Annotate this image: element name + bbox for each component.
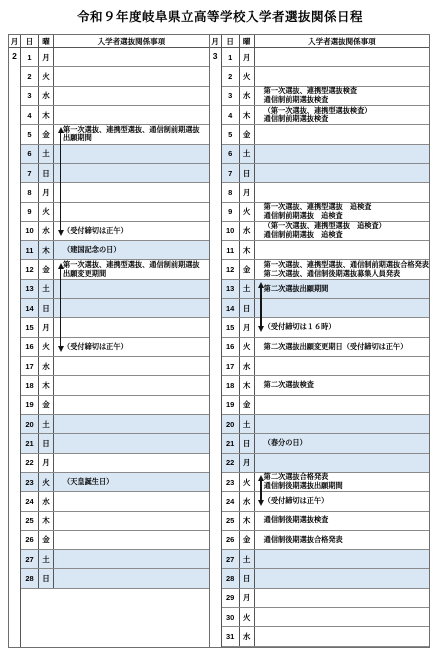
weekday-label: 日 bbox=[240, 569, 255, 587]
weekday-label: 木 bbox=[39, 106, 54, 124]
weekday-label: 月 bbox=[39, 454, 54, 472]
event-text: 出願変更期間 bbox=[63, 270, 209, 279]
event-text: 出願期間 bbox=[63, 134, 209, 143]
calendar-row: 24水 bbox=[21, 492, 209, 511]
day-number: 2 bbox=[222, 67, 240, 85]
calendar-row: 28日 bbox=[222, 569, 429, 588]
calendar-row: 18木第二次選抜検査 bbox=[222, 376, 429, 395]
event-cell bbox=[255, 415, 429, 433]
day-number: 21 bbox=[222, 434, 240, 452]
calendar-row: 12金第一次選抜、連携型選抜、通信制前期選抜出願変更期間 bbox=[21, 260, 209, 279]
day-number: 10 bbox=[21, 222, 39, 240]
day-number: 10 bbox=[222, 222, 240, 240]
weekday-label: 火 bbox=[39, 338, 54, 356]
calendar-row: 2火 bbox=[222, 67, 429, 86]
event-cell bbox=[54, 376, 209, 394]
day-number: 27 bbox=[222, 550, 240, 568]
day-number: 18 bbox=[21, 376, 39, 394]
weekday-label: 月 bbox=[39, 48, 54, 66]
february-calendar: 月 日 曜 入学者選抜関係事項 2 1月2火3水4木5金第一次選抜、連携型選抜、… bbox=[9, 35, 209, 647]
event-cell bbox=[54, 415, 209, 433]
calendar-row: 2火 bbox=[21, 67, 209, 86]
calendar-row: 13土 bbox=[21, 280, 209, 299]
day-number: 3 bbox=[222, 87, 240, 105]
weekday-label: 水 bbox=[240, 357, 255, 375]
weekday-label: 木 bbox=[240, 241, 255, 259]
header-day: 日 bbox=[222, 35, 240, 47]
header-month: 月 bbox=[210, 35, 222, 47]
day-number: 19 bbox=[21, 396, 39, 414]
event-text: （受付締切は１６時） bbox=[264, 323, 429, 332]
calendar-row: 12金第一次選抜、連携型選抜、通信制前期選抜合格発表第二次選抜、通信制後期選抜募… bbox=[222, 260, 429, 279]
event-text: （受付締切は正午） bbox=[264, 497, 429, 506]
event-text: （受付締切は正午） bbox=[63, 227, 209, 236]
event-cell bbox=[54, 550, 209, 568]
calendar-row: 15月 bbox=[21, 318, 209, 337]
event-cell: （天皇誕生日） bbox=[54, 473, 209, 491]
day-number: 4 bbox=[21, 106, 39, 124]
event-cell bbox=[255, 241, 429, 259]
calendar-body: 2 1月2火3水4木5金第一次選抜、連携型選抜、通信制前期選抜出願期間6土7日8… bbox=[9, 48, 209, 647]
calendar-row: 1月 bbox=[21, 48, 209, 67]
event-text: （天皇誕生日） bbox=[63, 478, 209, 487]
day-number: 2 bbox=[21, 67, 39, 85]
event-text: 通信制後期選抜出願期間 bbox=[264, 482, 429, 491]
day-number: 18 bbox=[222, 376, 240, 394]
event-text: 第二次選抜出願期間 bbox=[264, 285, 429, 294]
header-day: 日 bbox=[21, 35, 39, 47]
weekday-label: 土 bbox=[240, 550, 255, 568]
day-number: 15 bbox=[21, 318, 39, 336]
header-month: 月 bbox=[9, 35, 21, 47]
day-number: 9 bbox=[21, 203, 39, 221]
calendar-row: 6土 bbox=[222, 145, 429, 164]
event-cell: 第二次選抜出願期間 bbox=[255, 280, 429, 298]
day-number: 13 bbox=[222, 280, 240, 298]
calendar-row: 4木（第一次選抜、連携型選抜検査）通信制前期選抜検査 bbox=[222, 106, 429, 125]
weekday-label: 水 bbox=[240, 627, 255, 645]
weekday-label: 月 bbox=[39, 318, 54, 336]
weekday-label: 水 bbox=[39, 357, 54, 375]
month-number: 2 bbox=[9, 48, 21, 647]
weekday-label: 火 bbox=[240, 203, 255, 221]
event-text: 第二次選抜、通信制後期選抜募集人員発表 bbox=[264, 270, 429, 279]
event-cell bbox=[54, 106, 209, 124]
event-cell bbox=[255, 164, 429, 182]
calendar-row: 24水（受付締切は正午） bbox=[222, 492, 429, 511]
weekday-label: 日 bbox=[39, 434, 54, 452]
calendar-row: 18木 bbox=[21, 376, 209, 395]
weekday-label: 土 bbox=[240, 145, 255, 163]
day-number: 17 bbox=[21, 357, 39, 375]
day-number: 27 bbox=[21, 550, 39, 568]
event-cell bbox=[54, 183, 209, 201]
day-number: 14 bbox=[222, 299, 240, 317]
day-number: 15 bbox=[222, 318, 240, 336]
weekday-label: 水 bbox=[240, 222, 255, 240]
day-number: 12 bbox=[21, 260, 39, 278]
weekday-label: 日 bbox=[39, 299, 54, 317]
weekday-label: 月 bbox=[240, 318, 255, 336]
day-number: 24 bbox=[222, 492, 240, 510]
event-cell: （建国記念の日） bbox=[54, 241, 209, 259]
weekday-label: 日 bbox=[240, 434, 255, 452]
calendar-row: 27土 bbox=[21, 550, 209, 569]
calendar-row: 19金 bbox=[21, 396, 209, 415]
weekday-label: 土 bbox=[39, 280, 54, 298]
day-number: 9 bbox=[222, 203, 240, 221]
event-cell bbox=[54, 531, 209, 549]
weekday-label: 火 bbox=[39, 203, 54, 221]
event-cell bbox=[54, 569, 209, 587]
event-cell bbox=[54, 67, 209, 85]
day-number: 1 bbox=[222, 48, 240, 66]
day-number: 28 bbox=[222, 569, 240, 587]
day-number: 5 bbox=[21, 125, 39, 143]
calendar-row: 5金 bbox=[222, 125, 429, 144]
event-cell bbox=[54, 145, 209, 163]
day-number: 22 bbox=[222, 454, 240, 472]
weekday-label: 土 bbox=[39, 550, 54, 568]
day-number: 21 bbox=[21, 434, 39, 452]
event-cell bbox=[255, 550, 429, 568]
event-cell bbox=[255, 454, 429, 472]
event-cell bbox=[54, 434, 209, 452]
calendar-row: 23火第二次選抜合格発表通信制後期選抜出願期間 bbox=[222, 473, 429, 492]
calendar-row: 7日 bbox=[21, 164, 209, 183]
event-text: 通信制後期選抜検査 bbox=[264, 516, 429, 525]
calendar-row: 13土第二次選抜出願期間 bbox=[222, 280, 429, 299]
event-cell: 第一次選抜、連携型選抜、通信制前期選抜出願変更期間 bbox=[54, 260, 209, 278]
march-calendar: 月 日 曜 入学者選抜関係事項 3 1月2火3水第一次選抜、連携型選抜検査通信制… bbox=[209, 35, 429, 647]
event-cell: （受付締切は正午） bbox=[255, 492, 429, 510]
weekday-label: 木 bbox=[39, 512, 54, 530]
weekday-label: 日 bbox=[39, 569, 54, 587]
event-cell: 第二次選抜出願変更期日（受付締切は正午） bbox=[255, 338, 429, 356]
event-cell bbox=[54, 87, 209, 105]
weekday-label: 木 bbox=[240, 106, 255, 124]
calendar-row: 17水 bbox=[21, 357, 209, 376]
weekday-label: 月 bbox=[240, 183, 255, 201]
day-number: 17 bbox=[222, 357, 240, 375]
weekday-label: 木 bbox=[39, 376, 54, 394]
event-cell bbox=[255, 627, 429, 645]
calendar-row: 28日 bbox=[21, 569, 209, 588]
calendar-row: 14日 bbox=[222, 299, 429, 318]
page-title: 令和９年度岐阜県立高等学校入学者選抜関係日程 bbox=[0, 7, 440, 25]
event-cell bbox=[255, 589, 429, 607]
calendar-row: 25木通信制後期選抜検査 bbox=[222, 512, 429, 531]
day-number: 11 bbox=[222, 241, 240, 259]
event-cell bbox=[255, 608, 429, 626]
day-number: 22 bbox=[21, 454, 39, 472]
event-cell: （春分の日） bbox=[255, 434, 429, 452]
calendar-row: 5金第一次選抜、連携型選抜、通信制前期選抜出願期間 bbox=[21, 125, 209, 144]
event-cell bbox=[54, 454, 209, 472]
weekday-label: 土 bbox=[39, 415, 54, 433]
weekday-label: 月 bbox=[240, 48, 255, 66]
day-number: 31 bbox=[222, 627, 240, 645]
weekday-label: 金 bbox=[39, 125, 54, 143]
event-cell: （受付締切は１６時） bbox=[255, 318, 429, 336]
weekday-label: 日 bbox=[240, 299, 255, 317]
weekday-label: 金 bbox=[240, 125, 255, 143]
calendar-row: 1月 bbox=[222, 48, 429, 67]
day-number: 20 bbox=[222, 415, 240, 433]
calendar-row: 26金通信制後期選抜合格発表 bbox=[222, 531, 429, 550]
calendar-row: 31水 bbox=[222, 627, 429, 646]
day-number: 29 bbox=[222, 589, 240, 607]
calendar-row: 11木（建国記念の日） bbox=[21, 241, 209, 260]
weekday-label: 金 bbox=[240, 531, 255, 549]
calendar-row: 3水第一次選抜、連携型選抜検査通信制前期選抜検査 bbox=[222, 87, 429, 106]
weekday-label: 月 bbox=[240, 589, 255, 607]
event-cell bbox=[255, 183, 429, 201]
header-weekday: 曜 bbox=[240, 35, 255, 47]
day-number: 4 bbox=[222, 106, 240, 124]
calendar-row: 15月（受付締切は１６時） bbox=[222, 318, 429, 337]
calendar-row: 14日 bbox=[21, 299, 209, 318]
calendar-row: 8月 bbox=[222, 183, 429, 202]
event-cell: （第一次選抜、連携型選抜検査）通信制前期選抜検査 bbox=[255, 106, 429, 124]
day-number: 8 bbox=[222, 183, 240, 201]
day-number: 16 bbox=[222, 338, 240, 356]
calendar-row: 27土 bbox=[222, 550, 429, 569]
event-cell: 通信制後期選抜検査 bbox=[255, 512, 429, 530]
day-number: 20 bbox=[21, 415, 39, 433]
day-number: 5 bbox=[222, 125, 240, 143]
calendar-row: 11木 bbox=[222, 241, 429, 260]
event-cell bbox=[255, 569, 429, 587]
weekday-label: 金 bbox=[39, 531, 54, 549]
day-number: 19 bbox=[222, 396, 240, 414]
event-cell: （受付締切は正午） bbox=[54, 338, 209, 356]
schedule-table: 月 日 曜 入学者選抜関係事項 2 1月2火3水4木5金第一次選抜、連携型選抜、… bbox=[8, 34, 430, 648]
day-rows: 1月2火3水第一次選抜、連携型選抜検査通信制前期選抜検査4木（第一次選抜、連携型… bbox=[222, 48, 429, 647]
weekday-label: 火 bbox=[240, 338, 255, 356]
calendar-row: 21日 bbox=[21, 434, 209, 453]
event-cell: 第一次選抜、連携型選抜、通信制前期選抜合格発表第二次選抜、通信制後期選抜募集人員… bbox=[255, 260, 429, 278]
event-cell bbox=[54, 492, 209, 510]
weekday-label: 月 bbox=[39, 183, 54, 201]
weekday-label: 日 bbox=[240, 164, 255, 182]
event-cell bbox=[54, 280, 209, 298]
header-events: 入学者選抜関係事項 bbox=[255, 35, 429, 47]
calendar-row: 22月 bbox=[222, 454, 429, 473]
weekday-label: 金 bbox=[39, 396, 54, 414]
weekday-label: 土 bbox=[240, 280, 255, 298]
calendar-row: 26金 bbox=[21, 531, 209, 550]
day-rows: 1月2火3水4木5金第一次選抜、連携型選抜、通信制前期選抜出願期間6土7日8月9… bbox=[21, 48, 209, 647]
event-text: 第二次選抜検査 bbox=[264, 381, 429, 390]
event-cell: 第一次選抜、連携型選抜 追検査通信制前期選抜 追検査 bbox=[255, 203, 429, 221]
day-number: 12 bbox=[222, 260, 240, 278]
event-cell: 第一次選抜、連携型選抜、通信制前期選抜出願期間 bbox=[54, 125, 209, 143]
day-number: 23 bbox=[222, 473, 240, 491]
weekday-label: 火 bbox=[39, 67, 54, 85]
event-cell: 第二次選抜検査 bbox=[255, 376, 429, 394]
event-cell: 第一次選抜、連携型選抜検査通信制前期選抜検査 bbox=[255, 87, 429, 105]
day-number: 11 bbox=[21, 241, 39, 259]
event-cell bbox=[255, 125, 429, 143]
day-number: 26 bbox=[21, 531, 39, 549]
weekday-label: 火 bbox=[240, 67, 255, 85]
calendar-row: 3水 bbox=[21, 87, 209, 106]
table-header: 月 日 曜 入学者選抜関係事項 bbox=[9, 35, 209, 48]
event-cell bbox=[255, 67, 429, 85]
day-number: 14 bbox=[21, 299, 39, 317]
event-cell bbox=[54, 203, 209, 221]
month-number: 3 bbox=[210, 48, 222, 647]
event-text: 通信制前期選抜検査 bbox=[264, 96, 429, 105]
calendar-row: 23火（天皇誕生日） bbox=[21, 473, 209, 492]
day-number: 24 bbox=[21, 492, 39, 510]
event-cell bbox=[255, 299, 429, 317]
day-number: 28 bbox=[21, 569, 39, 587]
calendar-row: 16火第二次選抜出願変更期日（受付締切は正午） bbox=[222, 338, 429, 357]
event-cell bbox=[54, 512, 209, 530]
weekday-label: 金 bbox=[39, 260, 54, 278]
event-cell: 第二次選抜合格発表通信制後期選抜出願期間 bbox=[255, 473, 429, 491]
empty-cell bbox=[21, 589, 209, 647]
weekday-label: 水 bbox=[39, 492, 54, 510]
day-number: 23 bbox=[21, 473, 39, 491]
calendar-row: 16火（受付締切は正午） bbox=[21, 338, 209, 357]
day-number: 6 bbox=[222, 145, 240, 163]
calendar-row: 25木 bbox=[21, 512, 209, 531]
calendar-row: 21日（春分の日） bbox=[222, 434, 429, 453]
table-header: 月 日 曜 入学者選抜関係事項 bbox=[210, 35, 429, 48]
event-cell: 通信制後期選抜合格発表 bbox=[255, 531, 429, 549]
event-text: 通信制前期選抜 追検査 bbox=[264, 212, 429, 221]
event-cell bbox=[54, 48, 209, 66]
day-number: 3 bbox=[21, 87, 39, 105]
document-page: 令和９年度岐阜県立高等学校入学者選抜関係日程 月 日 曜 入学者選抜関係事項 2… bbox=[0, 0, 440, 665]
event-cell bbox=[54, 164, 209, 182]
event-cell: （第一次選抜、連携型選抜 追検査）通信制前期選抜 追検査 bbox=[255, 222, 429, 240]
event-text: 通信制前期選抜 追検査 bbox=[264, 231, 429, 240]
weekday-label: 金 bbox=[240, 260, 255, 278]
calendar-row: 9火第一次選抜、連携型選抜 追検査通信制前期選抜 追検査 bbox=[222, 203, 429, 222]
calendar-row: 20土 bbox=[21, 415, 209, 434]
event-cell bbox=[255, 145, 429, 163]
weekday-label: 水 bbox=[240, 87, 255, 105]
weekday-label: 木 bbox=[240, 512, 255, 530]
weekday-label: 木 bbox=[240, 376, 255, 394]
calendar-row: 6土 bbox=[21, 145, 209, 164]
weekday-label: 日 bbox=[39, 164, 54, 182]
event-cell bbox=[54, 318, 209, 336]
day-number: 16 bbox=[21, 338, 39, 356]
calendar-row: 4木 bbox=[21, 106, 209, 125]
weekday-label: 土 bbox=[240, 415, 255, 433]
calendar-row: 19金 bbox=[222, 396, 429, 415]
header-weekday: 曜 bbox=[39, 35, 54, 47]
weekday-label: 土 bbox=[39, 145, 54, 163]
calendar-row: 10水（受付締切は正午） bbox=[21, 222, 209, 241]
day-number: 1 bbox=[21, 48, 39, 66]
event-text: （春分の日） bbox=[264, 439, 429, 448]
event-cell bbox=[255, 48, 429, 66]
event-cell bbox=[255, 357, 429, 375]
event-text: 通信制後期選抜合格発表 bbox=[264, 536, 429, 545]
event-text: 第二次選抜出願変更期日（受付締切は正午） bbox=[264, 343, 429, 352]
day-number: 8 bbox=[21, 183, 39, 201]
weekday-label: 水 bbox=[39, 87, 54, 105]
day-number: 7 bbox=[21, 164, 39, 182]
calendar-row: 30火 bbox=[222, 608, 429, 627]
day-number: 7 bbox=[222, 164, 240, 182]
event-cell bbox=[54, 357, 209, 375]
day-number: 6 bbox=[21, 145, 39, 163]
event-cell: （受付締切は正午） bbox=[54, 222, 209, 240]
weekday-label: 金 bbox=[240, 396, 255, 414]
event-text: （受付締切は正午） bbox=[63, 343, 209, 352]
day-number: 25 bbox=[222, 512, 240, 530]
event-cell bbox=[255, 396, 429, 414]
day-number: 13 bbox=[21, 280, 39, 298]
event-cell bbox=[54, 299, 209, 317]
weekday-label: 水 bbox=[240, 492, 255, 510]
calendar-row: 22月 bbox=[21, 454, 209, 473]
weekday-label: 火 bbox=[240, 608, 255, 626]
calendar-row: 10水（第一次選抜、連携型選抜 追検査）通信制前期選抜 追検査 bbox=[222, 222, 429, 241]
weekday-label: 水 bbox=[39, 222, 54, 240]
weekday-label: 火 bbox=[240, 473, 255, 491]
calendar-row: 29月 bbox=[222, 589, 429, 608]
day-number: 30 bbox=[222, 608, 240, 626]
header-events: 入学者選抜関係事項 bbox=[54, 35, 209, 47]
weekday-label: 月 bbox=[240, 454, 255, 472]
day-number: 26 bbox=[222, 531, 240, 549]
day-number: 25 bbox=[21, 512, 39, 530]
calendar-body: 3 1月2火3水第一次選抜、連携型選抜検査通信制前期選抜検査4木（第一次選抜、連… bbox=[210, 48, 429, 647]
event-text: （建国記念の日） bbox=[63, 246, 209, 255]
event-cell bbox=[54, 396, 209, 414]
weekday-label: 火 bbox=[39, 473, 54, 491]
calendar-row: 9火 bbox=[21, 203, 209, 222]
calendar-row: 8月 bbox=[21, 183, 209, 202]
event-text: 通信制前期選抜検査 bbox=[264, 115, 429, 124]
weekday-label: 木 bbox=[39, 241, 54, 259]
calendar-row: 7日 bbox=[222, 164, 429, 183]
calendar-row: 17水 bbox=[222, 357, 429, 376]
calendar-row: 20土 bbox=[222, 415, 429, 434]
